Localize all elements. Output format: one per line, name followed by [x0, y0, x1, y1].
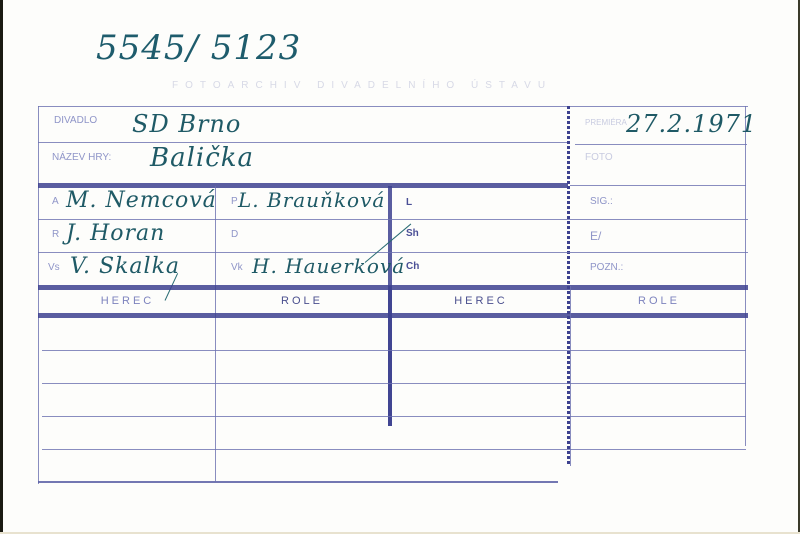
col-header-role-2: ROLE: [572, 295, 746, 307]
nazev-hry-label: NÁZEV HRY:: [52, 152, 111, 163]
divadlo-label: DIVADLO: [54, 115, 97, 126]
frame-bottom: [38, 481, 558, 483]
frame-right: [745, 106, 746, 446]
crew-label-d: D: [231, 229, 238, 240]
crew-label-sh: Sh: [406, 228, 419, 239]
crew-label-vs: Vs: [48, 262, 60, 273]
divider: [38, 252, 748, 253]
divider: [38, 313, 748, 318]
crew-label-vk: Vk: [231, 262, 243, 273]
crew-value-a: M. Nemcová: [66, 188, 217, 213]
frame-top: [38, 106, 748, 107]
divider: [38, 219, 748, 220]
side-label-sig: SIG.:: [590, 196, 613, 207]
crew-label-a: A: [52, 196, 59, 207]
crew-value-p: L. Brauňková: [238, 188, 385, 212]
crew-value-r: J. Horan: [66, 221, 165, 246]
crew-label-p: P: [231, 196, 238, 207]
side-label-e: E/: [590, 229, 601, 243]
frame-left: [38, 106, 39, 484]
col-header-role-1: ROLE: [216, 295, 388, 307]
card-number: 5545/ 5123: [96, 28, 301, 68]
divider: [570, 185, 746, 186]
divider: [38, 142, 568, 143]
premiera-value: 27.2.1971: [626, 110, 757, 138]
nazev-hry-value: Balička: [150, 143, 254, 173]
table-row-line: [42, 416, 746, 417]
table-row-line: [42, 350, 746, 351]
divadlo-value: SD Brno: [132, 110, 241, 138]
col-header-herec-2: HEREC: [392, 295, 570, 307]
crew-value-vk: H. Hauerková: [252, 254, 405, 278]
crew-label-ch: Ch: [406, 261, 419, 272]
crew-label-r: R: [52, 229, 59, 240]
premiera-label: PREMIÉRA: [585, 118, 627, 127]
archive-header: FOTOARCHIV DIVADELNÍHO ÚSTAVU: [172, 80, 552, 91]
card-left-edge: [0, 0, 3, 534]
crew-value-vs: V. Skalka: [70, 254, 180, 279]
table-row-line: [42, 383, 746, 384]
col-header-herec-1: HEREC: [40, 295, 215, 307]
divider: [388, 286, 392, 426]
side-label-pozn: POZN.:: [590, 262, 623, 273]
crew-label-l: L: [406, 197, 412, 208]
divider: [215, 186, 216, 482]
divider: [570, 286, 571, 466]
divider: [575, 144, 747, 145]
divider: [38, 285, 748, 290]
table-row-line: [42, 449, 746, 450]
foto-label: FOTO: [585, 152, 613, 163]
